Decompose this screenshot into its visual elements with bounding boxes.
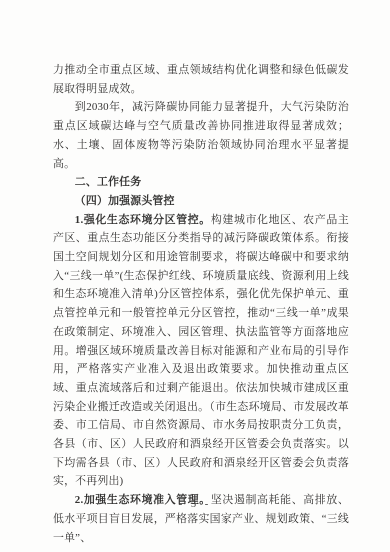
numbered-item-1: 1.强化生态环境分区管控。构建城市化地区、农产品主产区、重点生态功能区分类指导的… — [53, 211, 349, 492]
numbered-item-lead: 1.强化生态环境分区管控。 — [75, 214, 211, 226]
paragraph-continuation: 力推动全市重点区域、重点领域结构优化调整和绿色低碳发展取得明显成效。 — [53, 61, 349, 98]
document-page: 力推动全市重点区域、重点领域结构优化调整和绿色低碳发展取得明显成效。 到2030… — [0, 0, 390, 552]
numbered-item-text: 构建城市化地区、农产品主产区、重点生态功能区分类指导的减污降碳政策体系。衔接国土… — [53, 214, 349, 488]
paragraph-text: 力推动全市重点区域、重点领域结构优化调整和绿色低碳发展取得明显成效。 — [53, 64, 349, 95]
section-heading-work-tasks: 二、工作任务 — [53, 173, 349, 192]
page-number: - 5 - — [0, 499, 390, 510]
paragraph-text: 到2030年，减污降碳协同能力显著提升，大气污染防治重点区域碳达峰与空气质量改善… — [53, 101, 349, 169]
document-body: 力推动全市重点区域、重点领域结构优化调整和绿色低碳发展取得明显成效。 到2030… — [53, 61, 349, 547]
paragraph-2030-goals: 到2030年，减污降碳协同能力显著提升，大气污染防治重点区域碳达峰与空气质量改善… — [53, 98, 349, 173]
subsection-heading-source-control: （四）加强源头管控 — [53, 192, 349, 211]
